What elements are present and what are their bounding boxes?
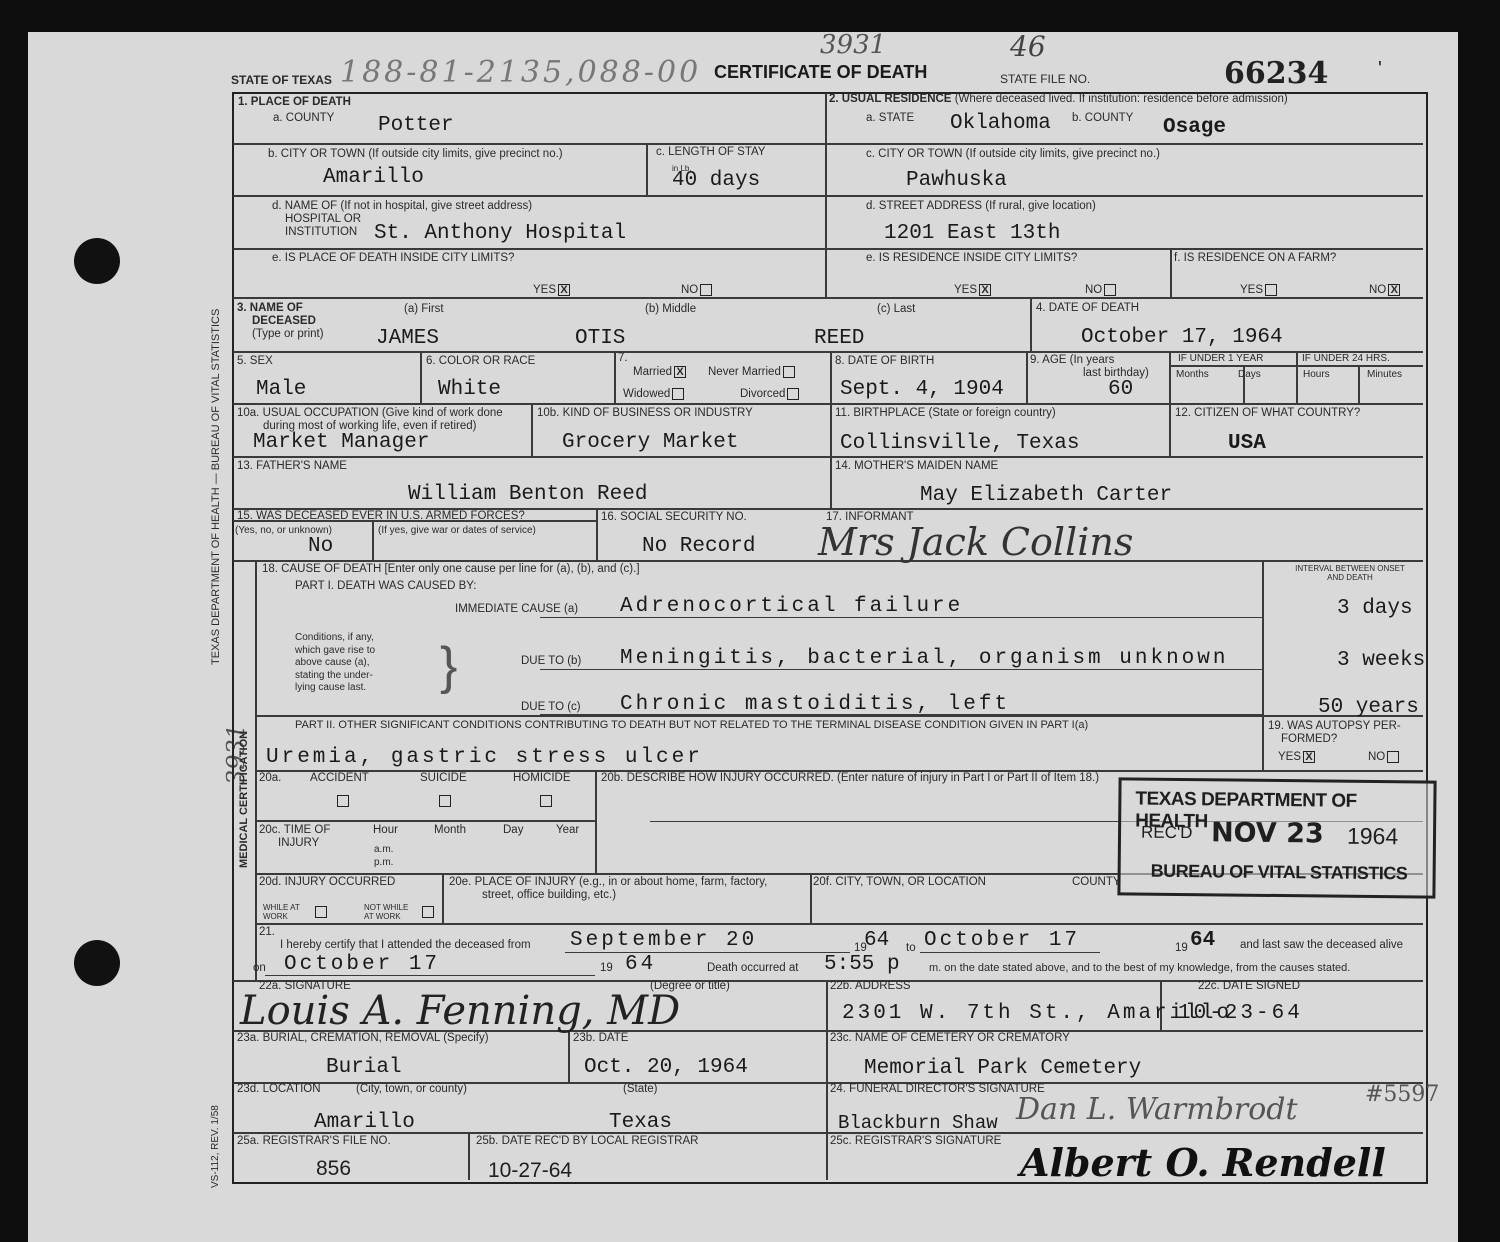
injury-city-label: 20f. CITY, TOWN, OR LOCATION <box>813 876 986 889</box>
minutes-label: Minutes <box>1367 369 1402 380</box>
received-stamp: TEXAS DEPARTMENT OF HEALTH REC'D NOV 23 … <box>1117 777 1436 898</box>
due-c-value: Chronic mastoiditis, left <box>620 694 1010 716</box>
tick-mark: ' <box>1378 58 1382 81</box>
handwritten-top: 3931 <box>820 30 886 60</box>
conditions-note: Conditions, if any, which gave rise to a… <box>295 632 375 695</box>
registrar-file-label: 25a. REGISTRAR'S FILE NO. <box>237 1135 391 1148</box>
occupation-label: 10a. USUAL OCCUPATION (Give kind of work… <box>237 407 503 420</box>
not-while-at-work-label: NOT WHILE AT WORK <box>364 903 416 921</box>
age-value: 60 <box>1108 379 1133 401</box>
year-label: Year <box>556 824 579 837</box>
occupation-value: Market Manager <box>253 432 429 454</box>
res-city-value: Pawhuska <box>906 170 1007 192</box>
pm-label: p.m. <box>374 857 393 868</box>
checkbox[interactable] <box>787 388 799 400</box>
checkbox-checked[interactable]: X <box>1388 284 1400 296</box>
accident-label: ACCIDENT <box>310 772 369 785</box>
marital-never-married[interactable]: Never Married <box>708 366 795 379</box>
father-label: 13. FATHER'S NAME <box>237 460 347 473</box>
place-injury-label: 20e. PLACE OF INJURY (e.g., in or about … <box>449 876 767 889</box>
physician-signature: Louis A. Fenning, MD <box>240 988 680 1034</box>
farm-no[interactable]: NOX <box>1369 284 1400 297</box>
mother-label: 14. MOTHER'S MAIDEN NAME <box>835 460 998 473</box>
suicide-label: SUICIDE <box>420 772 467 785</box>
race-value: White <box>438 379 501 401</box>
stamp-date: NOV 23 <box>1211 817 1324 849</box>
registrar-signature: Albert O. Rendell <box>1020 1140 1386 1185</box>
part1-label: PART I. DEATH WAS CAUSED BY: <box>295 580 476 593</box>
burial-date-value: Oct. 20, 1964 <box>584 1057 748 1079</box>
birthplace-value: Collinsville, Texas <box>840 433 1079 455</box>
state-sub: (State) <box>623 1083 658 1096</box>
punch-hole <box>74 238 120 284</box>
location-label: 23d. LOCATION <box>237 1083 321 1096</box>
checkbox[interactable] <box>1387 751 1399 763</box>
marital-widowed[interactable]: Widowed <box>623 388 684 401</box>
due-b-interval-value: 3 weeks <box>1337 650 1425 672</box>
am-label: a.m. <box>374 844 393 855</box>
injury-occurred-label: 20d. INJURY OCCURRED <box>259 876 395 889</box>
res-state-value: Oklahoma <box>950 113 1051 135</box>
armed-sub2: (If yes, give war or dates of service) <box>378 525 536 536</box>
res-limits-label: e. IS RESIDENCE INSIDE CITY LIMITS? <box>866 252 1077 265</box>
business-value: Grocery Market <box>562 432 738 454</box>
hospital-value: St. Anthony Hospital <box>374 223 626 245</box>
armed-label: 15. WAS DECEASED EVER IN U.S. ARMED FORC… <box>237 510 525 523</box>
farm-yes[interactable]: YES <box>1240 284 1277 297</box>
attended-from-year: 64 <box>864 930 889 952</box>
state-file-label: STATE FILE NO. <box>1000 73 1090 86</box>
due-c-interval-value: 50 years <box>1318 697 1419 719</box>
funeral-home-value: Blackburn Shaw <box>838 1112 998 1134</box>
stay-label: c. LENGTH OF STAY <box>656 146 765 159</box>
describe-injury-label: 20b. DESCRIBE HOW INJURY OCCURRED. (Ente… <box>601 772 1099 785</box>
business-label: 10b. KIND OF BUSINESS OR INDUSTRY <box>537 407 753 420</box>
name-label: 3. NAME OF <box>237 302 303 315</box>
res-street-label: d. STREET ADDRESS (If rural, give locati… <box>866 200 1096 213</box>
death-time-value: 5:55 p <box>824 954 900 976</box>
cause-label: 18. CAUSE OF DEATH [Enter only one cause… <box>262 563 640 576</box>
injury-type-label: 20a. <box>259 772 281 785</box>
year-prefix: 19 <box>600 962 613 975</box>
death-at-label: Death occurred at <box>707 962 798 975</box>
autopsy-yes[interactable]: YESX <box>1278 751 1315 764</box>
day-label: Day <box>503 824 523 837</box>
date-signed-value: 10-23-64 <box>1178 1003 1303 1025</box>
citizen-value: USA <box>1228 433 1266 455</box>
cert-num: 21. <box>259 926 275 939</box>
citizen-label: 12. CITIZEN OF WHAT COUNTRY? <box>1175 407 1360 420</box>
location-sub: (City, town, or county) <box>356 1083 467 1096</box>
dod-value: October 17, 1964 <box>1081 327 1283 349</box>
stay-value: 40 days <box>672 170 760 192</box>
to-label: to <box>906 942 916 955</box>
burial-label: 23a. BURIAL, CREMATION, REMOVAL (Specify… <box>237 1032 489 1045</box>
interval-label: INTERVAL BETWEEN ONSET AND DEATH <box>1290 564 1410 582</box>
brace-icon: } <box>440 636 457 696</box>
location-state-value: Texas <box>609 1112 672 1134</box>
immediate-cause-value: Adrenocortical failure <box>620 596 963 618</box>
accident-checkbox[interactable] <box>337 795 349 807</box>
not-while-at-work-checkbox[interactable] <box>422 906 434 918</box>
res-state-label: a. STATE <box>866 112 914 125</box>
res-county-label: b. COUNTY <box>1072 112 1133 125</box>
registrar-signature-label: 25c. REGISTRAR'S SIGNATURE <box>830 1135 1001 1148</box>
last-name-value: REED <box>814 328 864 350</box>
department-vertical-label: TEXAS DEPARTMENT OF HEALTH — BUREAU OF V… <box>210 309 222 665</box>
funeral-director-label: 24. FUNERAL DIRECTOR'S SIGNATURE <box>830 1083 1045 1096</box>
state-file-number: 66234 <box>1224 56 1328 91</box>
checkbox-checked[interactable]: X <box>979 284 991 296</box>
armed-value: No <box>308 536 333 558</box>
inside-limits-no[interactable]: NO <box>681 284 712 297</box>
hospital-label: d. NAME OF (If not in hospital, give str… <box>272 200 532 213</box>
due-b-value: Meningitis, bacterial, organism unknown <box>620 648 1228 670</box>
name-label-2: DECEASED <box>252 315 316 328</box>
suicide-checkbox[interactable] <box>439 795 451 807</box>
under-24-label: IF UNDER 24 HRS. <box>1302 353 1390 364</box>
ssn-label: 16. SOCIAL SECURITY NO. <box>601 511 747 524</box>
dob-label: 8. DATE OF BIRTH <box>835 355 934 368</box>
checkbox[interactable] <box>1265 284 1277 296</box>
residence-label: 2. USUAL RESIDENCE (Where deceased lived… <box>829 93 1288 106</box>
due-b-label: DUE TO (b) <box>521 655 581 668</box>
place-injury-label-2: street, office building, etc.) <box>482 889 616 902</box>
physician-address-value: 2301 W. 7th St., Amarillo <box>842 1003 1232 1025</box>
checkbox-checked[interactable]: X <box>1303 751 1315 763</box>
checkbox[interactable] <box>1104 284 1116 296</box>
dod-label: 4. DATE OF DEATH <box>1036 302 1139 315</box>
autopsy-label: 19. WAS AUTOPSY PER- <box>1268 720 1401 733</box>
marital-married[interactable]: MarriedX <box>633 366 686 379</box>
mother-value: May Elizabeth Carter <box>920 485 1172 507</box>
sex-label: 5. SEX <box>237 355 273 368</box>
while-at-work-label: WHILE AT WORK <box>263 903 307 921</box>
marital-divorced[interactable]: Divorced <box>740 388 799 401</box>
handwritten-top2: 46 <box>1010 30 1046 63</box>
last-seen-value: October 17 <box>284 954 440 976</box>
county-label: a. COUNTY <box>273 112 334 125</box>
stamp-recd: REC'D <box>1141 823 1193 844</box>
race-label: 6. COLOR OR RACE <box>426 355 535 368</box>
res-county-value: Osage <box>1163 117 1226 139</box>
age-label: 9. AGE (In years <box>1030 354 1114 367</box>
hospital-label-3: INSTITUTION <box>285 226 357 239</box>
inside-limits-label: e. IS PLACE OF DEATH INSIDE CITY LIMITS? <box>272 252 514 265</box>
dob-value: Sept. 4, 1904 <box>840 379 1004 401</box>
document-title: CERTIFICATE OF DEATH <box>714 62 927 83</box>
registrar-date-value: 10-27-64 <box>488 1159 572 1183</box>
immediate-cause-label: IMMEDIATE CAUSE (a) <box>455 603 578 616</box>
checkbox[interactable] <box>672 388 684 400</box>
ssn-value: No Record <box>642 536 755 558</box>
place-of-death-label: 1. PLACE OF DEATH <box>238 96 351 109</box>
res-limits-no[interactable]: NO <box>1085 284 1116 297</box>
checkbox[interactable] <box>783 366 795 378</box>
last-seen-year: 64 <box>625 954 656 976</box>
month-label: Month <box>434 824 466 837</box>
death-county-value: Potter <box>378 115 454 137</box>
last-name-label: (c) Last <box>877 303 915 316</box>
cemetery-label: 23c. NAME OF CEMETERY OR CREMATORY <box>830 1032 1070 1045</box>
degree-label: (Degree or title) <box>650 980 730 993</box>
injury-county-label: COUNTY <box>1072 876 1121 889</box>
registrar-date-label: 25b. DATE REC'D BY LOCAL REGISTRAR <box>476 1135 698 1148</box>
death-city-value: Amarillo <box>323 167 424 189</box>
checkbox-checked[interactable]: X <box>674 366 686 378</box>
while-at-work-checkbox[interactable] <box>315 906 327 918</box>
res-street-value: 1201 East 13th <box>884 223 1060 245</box>
under-year-label: IF UNDER 1 YEAR <box>1178 353 1263 364</box>
homicide-label: HOMICIDE <box>513 772 571 785</box>
middle-name-label: (b) Middle <box>645 303 696 316</box>
autopsy-no[interactable]: NO <box>1368 751 1399 764</box>
year-prefix: 19 <box>1175 942 1188 955</box>
checkbox-checked[interactable]: X <box>558 284 570 296</box>
location-city-value: Amarillo <box>314 1112 415 1134</box>
immediate-interval-value: 3 days <box>1337 598 1413 620</box>
attended-to-value: October 17 <box>924 930 1080 952</box>
part2-value: Uremia, gastric stress ulcer <box>266 747 703 769</box>
cert-text1: I hereby certify that I attended the dec… <box>280 939 531 952</box>
cemetery-value: Memorial Park Cemetery <box>864 1058 1141 1080</box>
days-label: Days <box>1238 369 1261 380</box>
father-value: William Benton Reed <box>408 484 647 506</box>
hour-label: Hour <box>373 824 398 837</box>
farm-label: f. IS RESIDENCE ON A FARM? <box>1174 252 1336 265</box>
registrar-file-value: 856 <box>316 1157 351 1181</box>
handwritten-code: 188-81-2135,088-00 <box>340 55 701 90</box>
burial-date-label: 23b. DATE <box>573 1032 628 1045</box>
on-label: on <box>253 962 266 975</box>
cert-text2: and last saw the deceased alive <box>1240 939 1403 952</box>
time-injury-label: 20c. TIME OF <box>259 824 330 837</box>
punch-hole <box>74 940 120 986</box>
marital-label: 7. <box>618 352 628 365</box>
attended-from-value: September 20 <box>570 930 757 952</box>
cert-text3: m. on the date stated above, and to the … <box>929 962 1350 975</box>
first-name-value: JAMES <box>376 328 439 350</box>
inside-limits-yes[interactable]: YESX <box>533 284 570 297</box>
months-label: Months <box>1176 369 1209 380</box>
form-number: VS-112, REV. 1/58 <box>210 1105 221 1188</box>
informant-signature: Mrs Jack Collins <box>818 520 1133 564</box>
birthplace-label: 11. BIRTHPLACE (State or foreign country… <box>835 407 1056 420</box>
stamp-line3: BUREAU OF VITAL STATISTICS <box>1151 861 1408 885</box>
funeral-director-signature: Dan L. Warmbrodt <box>1016 1092 1298 1127</box>
physician-address-label: 22b. ADDRESS <box>830 980 911 993</box>
name-label-3: (Type or print) <box>252 328 324 341</box>
burial-value: Burial <box>326 1057 402 1079</box>
funeral-license-number: #5597 <box>1365 1082 1439 1107</box>
sex-value: Male <box>256 379 306 401</box>
hospital-label-2: HOSPITAL OR <box>285 213 361 226</box>
hours-label: Hours <box>1303 369 1330 380</box>
state-label: STATE OF TEXAS <box>231 74 332 87</box>
autopsy-label-2: FORMED? <box>1281 733 1337 746</box>
attended-to-year: 64 <box>1190 930 1215 952</box>
part2-label: PART II. OTHER SIGNIFICANT CONDITIONS CO… <box>295 719 1088 732</box>
res-city-label: c. CITY OR TOWN (If outside city limits,… <box>866 148 1160 161</box>
checkbox[interactable] <box>700 284 712 296</box>
homicide-checkbox[interactable] <box>540 795 552 807</box>
first-name-label: (a) First <box>404 303 444 316</box>
stamp-year: 1964 <box>1347 823 1398 851</box>
time-injury-label-2: INJURY <box>278 837 319 850</box>
due-c-label: DUE TO (c) <box>521 701 581 714</box>
middle-name-value: OTIS <box>575 328 625 350</box>
res-limits-yes[interactable]: YESX <box>954 284 991 297</box>
city-label: b. CITY OR TOWN (If outside city limits,… <box>268 148 563 161</box>
date-signed-label: 22c. DATE SIGNED <box>1198 980 1300 993</box>
